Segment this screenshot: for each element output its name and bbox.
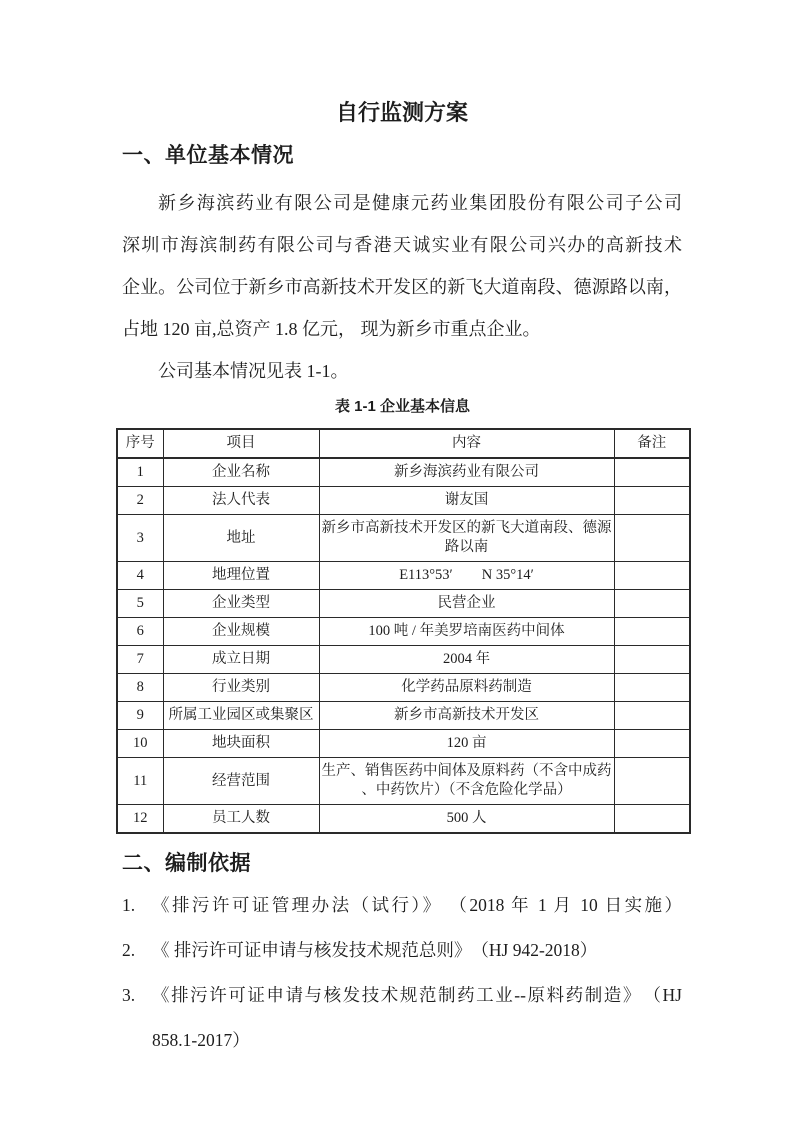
cell-no: 11 xyxy=(117,758,163,805)
cell-no: 7 xyxy=(117,646,163,674)
cell-content: 新乡海滨药业有限公司 xyxy=(319,458,614,487)
cell-item: 所属工业园区或集聚区 xyxy=(163,702,319,730)
reference-item: 2. 《 排污许可证申请与核发技术规范总则》 （HJ 942-2018） xyxy=(122,928,682,973)
cell-content: 100 吨 / 年美罗培南医药中间体 xyxy=(319,618,614,646)
cell-item: 行业类别 xyxy=(163,674,319,702)
reference-number: 2. xyxy=(122,928,152,973)
cell-item: 企业类型 xyxy=(163,590,319,618)
cell-content: 生产、销售医药中间体及原料药（不含中成药 、中药饮片）（不含危险化学品） xyxy=(319,758,614,805)
table-row: 8行业类别化学药品原料药制造 xyxy=(117,674,690,702)
table-row: 2法人代表谢友国 xyxy=(117,487,690,515)
cell-no: 4 xyxy=(117,562,163,590)
cell-note xyxy=(614,562,690,590)
header-cell-content: 内容 xyxy=(319,429,614,458)
table-row: 3地址新乡市高新技术开发区的新飞大道南段、德源 路以南 xyxy=(117,515,690,562)
cell-item: 地址 xyxy=(163,515,319,562)
table-ref-line: 公司基本情况见表 1-1。 xyxy=(122,350,682,392)
table-row: 12员工人数500 人 xyxy=(117,805,690,834)
cell-note xyxy=(614,674,690,702)
cell-note xyxy=(614,487,690,515)
cell-item: 地块面积 xyxy=(163,730,319,758)
cell-note xyxy=(614,805,690,834)
table-row: 4地理位置E113°53′ N 35°14′ xyxy=(117,562,690,590)
table-row: 10地块面积120 亩 xyxy=(117,730,690,758)
document-page: 自行监测方案 一、单位基本情况 新乡海滨药业有限公司是健康元药业集团股份有限公司… xyxy=(0,0,800,1063)
header-cell-note: 备注 xyxy=(614,429,690,458)
cell-content: E113°53′ N 35°14′ xyxy=(319,562,614,590)
reference-item: 3. 《排污许可证申请与核发技术规范制药工业--原料药制造》 （HJ 858.1… xyxy=(122,973,682,1063)
reference-number: 1. xyxy=(122,883,152,928)
cell-note xyxy=(614,515,690,562)
cell-no: 9 xyxy=(117,702,163,730)
cell-content: 新乡市高新技术开发区的新飞大道南段、德源 路以南 xyxy=(319,515,614,562)
header-cell-no: 序号 xyxy=(117,429,163,458)
cell-content: 120 亩 xyxy=(319,730,614,758)
cell-no: 6 xyxy=(117,618,163,646)
table-caption: 表 1-1 企业基本信息 xyxy=(116,394,689,420)
table-header-row: 序号 项目 内容 备注 xyxy=(117,429,690,458)
section-1-heading: 一、单位基本情况 xyxy=(122,143,682,169)
table-row: 6企业规模100 吨 / 年美罗培南医药中间体 xyxy=(117,618,690,646)
cell-content: 500 人 xyxy=(319,805,614,834)
cell-item: 成立日期 xyxy=(163,646,319,674)
table-row: 1企业名称新乡海滨药业有限公司 xyxy=(117,458,690,487)
cell-note xyxy=(614,730,690,758)
paragraph-line: 新乡海滨药业有限公司是健康元药业集团股份有限公司子公司 xyxy=(122,182,682,224)
cell-no: 1 xyxy=(117,458,163,487)
reference-text: 《排污许可证管理办法（试行）》 （2018 年 1 月 10 日实施） xyxy=(152,883,682,928)
cell-content: 化学药品原料药制造 xyxy=(319,674,614,702)
cell-note xyxy=(614,618,690,646)
cell-item: 企业名称 xyxy=(163,458,319,487)
cell-item: 企业规模 xyxy=(163,618,319,646)
table-body: 1企业名称新乡海滨药业有限公司2法人代表谢友国3地址新乡市高新技术开发区的新飞大… xyxy=(117,458,690,833)
cell-note xyxy=(614,590,690,618)
company-info-table: 序号 项目 内容 备注 1企业名称新乡海滨药业有限公司2法人代表谢友国3地址新乡… xyxy=(116,428,691,834)
cell-note xyxy=(614,702,690,730)
cell-note xyxy=(614,646,690,674)
cell-no: 8 xyxy=(117,674,163,702)
cell-no: 12 xyxy=(117,805,163,834)
table-row: 9所属工业园区或集聚区新乡市高新技术开发区 xyxy=(117,702,690,730)
table-row: 5企业类型民营企业 xyxy=(117,590,690,618)
paragraph-line: 企业。公司位于新乡市高新技术开发区的新飞大道南段、德源路以南， xyxy=(122,266,682,308)
reference-item: 1. 《排污许可证管理办法（试行）》 （2018 年 1 月 10 日实施） xyxy=(122,883,682,928)
cell-note xyxy=(614,758,690,805)
cell-no: 10 xyxy=(117,730,163,758)
cell-item: 地理位置 xyxy=(163,562,319,590)
cell-note xyxy=(614,458,690,487)
paragraph-line: 占地 120 亩,总资产 1.8 亿元， 现为新乡市重点企业。 xyxy=(122,308,682,350)
section-2-heading: 二、编制依据 xyxy=(122,851,682,877)
cell-content: 民营企业 xyxy=(319,590,614,618)
table-row: 7成立日期2004 年 xyxy=(117,646,690,674)
reference-list: 1. 《排污许可证管理办法（试行）》 （2018 年 1 月 10 日实施） 2… xyxy=(122,883,682,1063)
cell-content: 新乡市高新技术开发区 xyxy=(319,702,614,730)
document-title: 自行监测方案 xyxy=(122,98,682,128)
cell-content: 谢友国 xyxy=(319,487,614,515)
reference-text: 《 排污许可证申请与核发技术规范总则》 （HJ 942-2018） xyxy=(152,928,682,973)
cell-item: 员工人数 xyxy=(163,805,319,834)
cell-content: 2004 年 xyxy=(319,646,614,674)
header-cell-item: 项目 xyxy=(163,429,319,458)
cell-item: 法人代表 xyxy=(163,487,319,515)
cell-no: 2 xyxy=(117,487,163,515)
cell-item: 经营范围 xyxy=(163,758,319,805)
paragraph-line: 深圳市海滨制药有限公司与香港天诚实业有限公司兴办的高新技术 xyxy=(122,224,682,266)
reference-number: 3. xyxy=(122,973,152,1063)
reference-text: 《排污许可证申请与核发技术规范制药工业--原料药制造》 （HJ 858.1-20… xyxy=(152,973,682,1063)
cell-no: 5 xyxy=(117,590,163,618)
intro-paragraph: 新乡海滨药业有限公司是健康元药业集团股份有限公司子公司 深圳市海滨制药有限公司与… xyxy=(122,182,682,392)
table-row: 11经营范围生产、销售医药中间体及原料药（不含中成药 、中药饮片）（不含危险化学… xyxy=(117,758,690,805)
cell-no: 3 xyxy=(117,515,163,562)
